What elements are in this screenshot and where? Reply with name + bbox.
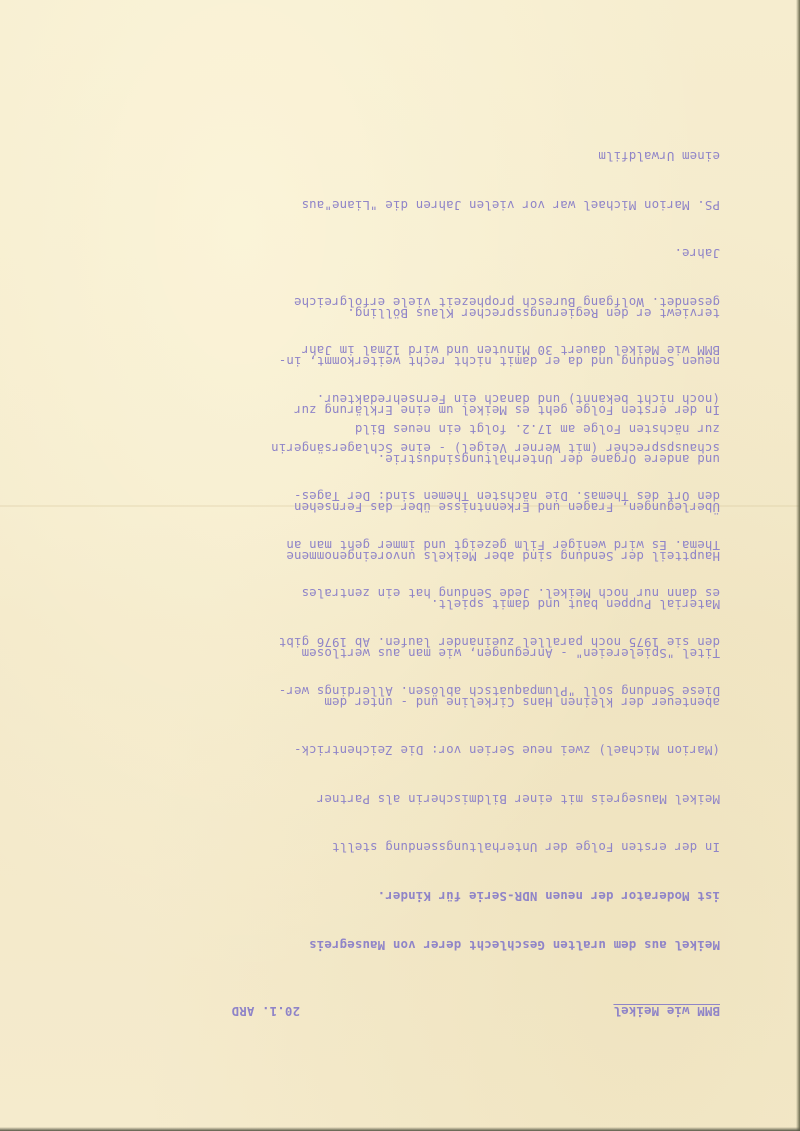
text-line: Thema. Es wird weniger Film gezeigt und … — [140, 537, 720, 553]
text-line: (Marion Michael) zwei neue Serien vor: D… — [140, 742, 720, 758]
text-line: PS. Marion Michael war vor vielen Jahren… — [140, 196, 720, 212]
text-line: Meikel aus dem uralten Geschlecht derer … — [140, 936, 720, 952]
text-line: gesendet. Wolfgang Buresch prophezeit vi… — [140, 294, 720, 310]
text-line: einem Urwaldfilm — [140, 148, 720, 164]
text-line: ist Moderator der neuen NDR-Serie für Ki… — [140, 888, 720, 904]
text-line: Meikel Mausegreis mit einer Bildmischeri… — [140, 791, 720, 807]
text-line: den sie 1975 noch parallel zueinander la… — [140, 634, 720, 650]
broadcast-date-channel: 20.1. ARD — [232, 1003, 301, 1019]
document-header: BMM wie Meikel 20.1. ARD — [160, 999, 720, 1019]
text-line: In der ersten Folge der Unterhaltungssen… — [140, 839, 720, 855]
typewritten-document: BMM wie Meikel 20.1. ARD Meikel aus dem … — [0, 0, 800, 1131]
text-line: zur nächsten Folge am 17.2. folgt ein ne… — [140, 420, 720, 436]
paragraph-next-episode: zur nächsten Folge am 17.2. folgt ein ne… — [140, 388, 720, 469]
text-line: Diese Sendung soll "Plumpaquatsch ablöse… — [140, 682, 720, 698]
document-title: BMM wie Meikel — [613, 1003, 720, 1019]
text-line: es dann nur noch Meikel. Jede Sendung ha… — [140, 585, 720, 601]
text-line: den Ort des Themas. Die nächsten Themen … — [140, 488, 720, 504]
text-line: BMM wie Meikel dauert 30 Minuten und wir… — [140, 342, 720, 358]
text-line: Jahre. — [140, 245, 720, 261]
